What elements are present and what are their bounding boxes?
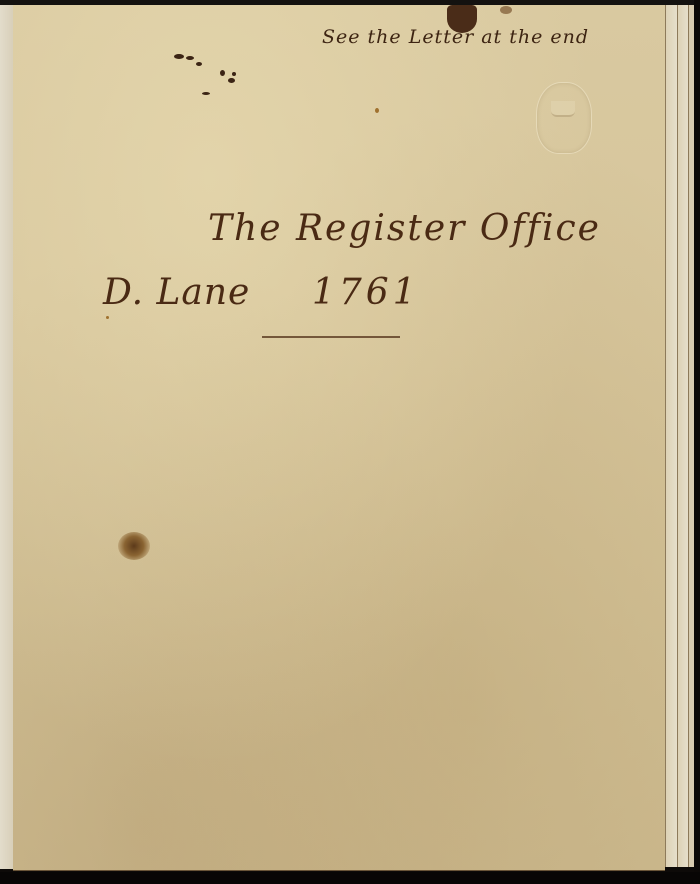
embossed-crown-seal — [536, 82, 592, 154]
manuscript-scan: See the Letter at the end The Register O… — [0, 0, 700, 884]
scan-right-edge — [694, 0, 700, 884]
year: 1761 — [312, 272, 420, 313]
title-line: The Register Office — [208, 208, 601, 249]
author-name: D. Lane — [103, 272, 250, 313]
scan-bottom-edge — [0, 872, 700, 884]
crown-icon — [551, 101, 575, 117]
paper-speck — [375, 108, 379, 113]
annotation-top: See the Letter at the end — [322, 26, 589, 48]
paper-speck — [106, 316, 109, 319]
left-page-edge — [0, 5, 14, 869]
ink-stain — [500, 6, 512, 14]
foxing-stain — [118, 532, 150, 560]
ink-splatter — [172, 50, 242, 100]
underline-rule — [262, 336, 400, 338]
